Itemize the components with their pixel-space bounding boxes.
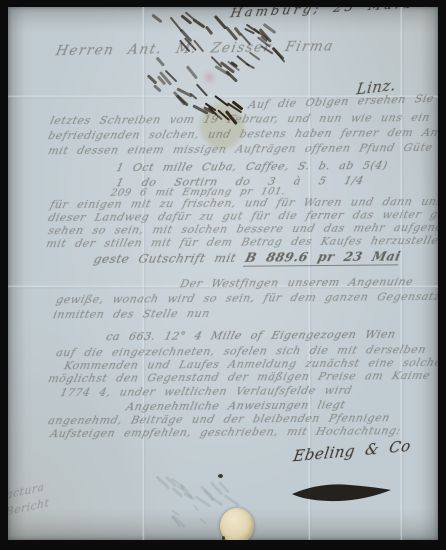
ink-smudge xyxy=(225,71,238,84)
ink-smudge xyxy=(152,14,163,24)
ink-smudge xyxy=(156,57,165,67)
ink-smudge xyxy=(220,61,236,74)
body-line-text: letztes Schreiben vom 19 Februar, und nu… xyxy=(49,110,438,127)
body-line: 1774 4, under weltlichen Verlaufsfelde w… xyxy=(59,383,354,399)
dateline-text: Hamburg; 23 März 1876 xyxy=(229,7,438,21)
body-line-text: Der Westfingen unserem Angenuine xyxy=(179,275,415,290)
body-line-text: Aufsteigen empfehlen, geschrieben, mit H… xyxy=(49,424,403,440)
ink-smudge xyxy=(232,100,244,111)
ghost-mark xyxy=(210,496,224,506)
ghost-mark xyxy=(170,478,184,489)
signature-flourish xyxy=(290,484,394,508)
body-line-text: 1774 4, under weltlichen Verlaufsfelde w… xyxy=(59,383,354,399)
body-line-text: befriedigenden solchen, und bestens habe… xyxy=(47,125,438,142)
ink-smudge xyxy=(184,12,194,21)
ghost-mark xyxy=(171,516,182,529)
ink-smudge xyxy=(214,65,230,76)
ink-smudge xyxy=(214,15,227,30)
ghost-mark xyxy=(224,494,240,506)
ink-smudge xyxy=(146,74,157,85)
ink-smudge xyxy=(180,14,192,24)
ink-smudge xyxy=(244,28,255,35)
ink-smudge xyxy=(246,24,260,35)
ink-smudge xyxy=(186,65,198,79)
body-line: mit dessen einem missigen Aufträgen offe… xyxy=(47,140,438,157)
ghost-mark xyxy=(183,492,195,501)
ink-smudge xyxy=(263,23,277,34)
ink-smudge xyxy=(189,92,197,99)
wax-seal xyxy=(220,508,254,540)
ghost-mark xyxy=(209,481,223,496)
ink-smudge xyxy=(196,84,208,97)
letter-paper: Hamburg; 23 März 1876Herren Ant. M. Zeis… xyxy=(8,7,438,540)
amount-highlight: B 889.6 pr 23 Mai xyxy=(243,248,402,266)
ink-smudge xyxy=(170,17,183,32)
amount-line: geste Gutschrift mit B 889.6 pr 23 Mai xyxy=(92,248,402,266)
ink-dot xyxy=(218,474,223,478)
body-line-text: gewiße, wonach wird so sein, für dem gan… xyxy=(55,290,438,306)
ink-smudge xyxy=(245,63,255,70)
ghost-mark xyxy=(180,484,193,499)
address-line-text: Herren Ant. M. Zeisser Firma xyxy=(54,38,335,59)
body-line: inmitten des Stelle nun xyxy=(52,307,212,321)
signature: Ebeling & Co xyxy=(292,437,412,466)
ink-smudge xyxy=(211,56,223,68)
ghost-mark xyxy=(155,475,170,489)
ghost-mark xyxy=(176,485,185,491)
body-line: letztes Schreiben vom 19 Februar, und nu… xyxy=(49,110,438,127)
ghost-mark xyxy=(218,481,230,494)
body-line: ca 663. 12° 4 Mille of Eigengezogen Wien xyxy=(105,327,397,343)
body-line: möglichst den Gegenstand der mäßigen Pre… xyxy=(47,369,432,385)
ink-smudge xyxy=(173,91,186,106)
ink-smudge xyxy=(205,103,217,112)
ink-smudge xyxy=(214,95,229,107)
body-line: Der Westfingen unserem Angenuine xyxy=(179,275,415,290)
signature-text: Ebeling & Co xyxy=(292,437,412,466)
ink-smudge xyxy=(153,84,162,92)
ink-smudge xyxy=(159,71,173,86)
body-line: 1 Oct mille Cuba, Caffee, S. b. ab 5(4) xyxy=(115,159,389,174)
ghost-mark xyxy=(193,504,200,512)
ink-smudge xyxy=(205,25,214,35)
body-line: gewiße, wonach wird so sein, für dem gan… xyxy=(55,290,438,306)
body-line-text: 1 Oct mille Cuba, Caffee, S. b. ab 5(4) xyxy=(115,159,389,174)
ink-smudge xyxy=(157,75,167,85)
body-line-text: mit dessen einem missigen Aufträgen offe… xyxy=(47,140,438,157)
ink-speck xyxy=(222,536,225,540)
ink-smudge xyxy=(253,27,268,39)
ink-smudge xyxy=(176,94,189,106)
body-line: befriedigenden solchen, und bestens habe… xyxy=(47,125,438,142)
ghost-mark xyxy=(165,476,177,488)
fold-crease-vertical xyxy=(142,7,146,540)
fold-crease-vertical xyxy=(400,7,404,540)
address-line: Herren Ant. M. Zeisser Firma xyxy=(54,38,335,59)
ink-smudge xyxy=(234,27,242,36)
ink-smudge xyxy=(193,18,206,28)
ink-smudge xyxy=(176,87,192,97)
ghost-mark xyxy=(195,496,211,508)
ghost-mark xyxy=(172,487,184,498)
body-line-text: möglichst den Gegenstand der mäßigen Pre… xyxy=(47,369,432,385)
ghost-mark xyxy=(203,490,215,502)
body-line-text: ca 663. 12° 4 Mille of Eigengezogen Wien xyxy=(105,327,397,343)
ghost-mark xyxy=(200,485,213,497)
red-ink-spot xyxy=(205,73,214,82)
ink-smudge xyxy=(230,61,238,68)
ink-smudge xyxy=(165,69,178,82)
body-line: Aufsteigen empfehlen, geschrieben, mit H… xyxy=(49,424,403,440)
ink-smudge xyxy=(236,55,250,67)
body-line-text: Auf die Obigen ersehen Sie uns xyxy=(247,90,438,111)
body-line: Auf die Obigen ersehen Sie uns xyxy=(247,90,438,111)
amount-line-text: geste Gutschrift mit xyxy=(92,251,247,266)
ink-smudge xyxy=(225,26,239,41)
ghost-mark xyxy=(199,518,207,525)
ghost-mark xyxy=(172,509,181,516)
ink-smudge xyxy=(227,61,240,72)
dateline: Hamburg; 23 März 1876 xyxy=(229,7,438,21)
ghost-mark xyxy=(172,514,187,528)
body-line-text: inmitten des Stelle nun xyxy=(52,307,212,321)
letter-scan: Hamburg; 23 März 1876Herren Ant. M. Zeis… xyxy=(0,0,446,550)
